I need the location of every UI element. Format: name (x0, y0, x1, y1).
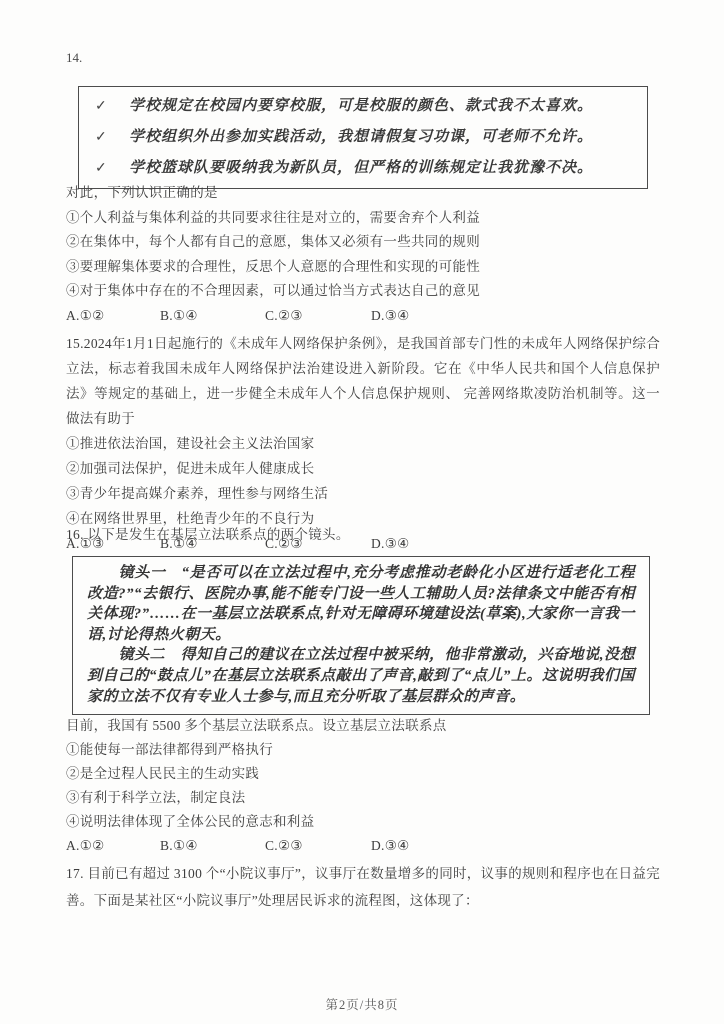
q14-scenario-box: ✓ 学校规定在校园内要穿校服，可是校服的颜色、款式我不太喜欢。 ✓ 学校组织外出… (78, 86, 648, 189)
q14-box-item-2-text: 学校组织外出参加实践活动，我想请假复习功课，可老师不允许。 (129, 122, 593, 152)
q14-option-1: ①个人利益与集体利益的共同要求往往是对立的，需要舍弃个人利益 (66, 206, 660, 231)
q16-option-1: ①能使每一部法律都得到严格执行 (66, 738, 660, 762)
q14-answer-row: A.①② B.①④ C.②③ D.③④ (66, 304, 660, 329)
q14-box-item-3: ✓ 学校篮球队要吸纳我为新队员，但严格的训练规定让我犹豫不决。 (95, 153, 633, 184)
q16-answer-b: B.①④ (160, 834, 265, 858)
q16-answer-c: C.②③ (265, 834, 371, 858)
q17-stem: 17. 目前已有超过 3100 个“小院议事厅”，议事厅在数量增多的同时，议事的… (66, 861, 660, 914)
q14-number: 14. (66, 50, 660, 66)
q16-answer-a: A.①② (66, 834, 160, 858)
q16-body: 目前，我国有 5500 多个基层立法联系点。设立基层立法联系点 ①能使每一部法律… (66, 714, 660, 858)
q16-answer-row: A.①② B.①④ C.②③ D.③④ (66, 834, 660, 858)
exam-page: 14. ✓ 学校规定在校园内要穿校服，可是校服的颜色、款式我不太喜欢。 ✓ 学校… (0, 0, 724, 1024)
q14-box-item-2: ✓ 学校组织外出参加实践活动，我想请假复习功课，可老师不允许。 (95, 122, 633, 153)
checkmark-icon: ✓ (95, 92, 117, 122)
q16-option-4: ④说明法律体现了全体公民的意志和利益 (66, 810, 660, 834)
q14-option-3: ③要理解集体要求的合理性，反思个人意愿的合理性和实现的可能性 (66, 255, 660, 280)
q16-scene-1: 镜头一 “是否可以在立法过程中,充分考虑推动老龄化小区进行适老化工程改造?”“去… (87, 563, 635, 645)
q14-option-4: ④对于集体中存在的不合理因素，可以通过恰当方式表达自己的意见 (66, 279, 660, 304)
q14-answer-b: B.①④ (160, 304, 265, 329)
q14-body: 对此，下列认识正确的是 ①个人利益与集体利益的共同要求往往是对立的，需要舍弃个人… (66, 181, 660, 328)
q14-answer-a: A.①② (66, 304, 160, 329)
q17-body: 17. 目前已有超过 3100 个“小院议事厅”，议事厅在数量增多的同时，议事的… (66, 861, 660, 914)
q14-box-item-3-text: 学校篮球队要吸纳我为新队员，但严格的训练规定让我犹豫不决。 (129, 153, 593, 183)
q16-intro: 16. 以下是发生在基层立法联系点的两个镜头。 (66, 523, 660, 548)
q14-stem: 对此，下列认识正确的是 (66, 181, 660, 206)
q15-option-3: ③青少年提高媒介素养，理性参与网络生活 (66, 481, 660, 506)
q15-option-1: ①推进依法治国，建设社会主义法治国家 (66, 431, 660, 456)
page-footer: 第2页/共8页 (0, 995, 724, 1013)
checkmark-icon: ✓ (95, 154, 117, 184)
q15-option-2: ②加强司法保护，促进未成年人健康成长 (66, 456, 660, 481)
q16-answer-d: D.③④ (371, 834, 410, 858)
q14-option-2: ②在集体中，每个人都有自己的意愿，集体又必须有一些共同的规则 (66, 230, 660, 255)
q16-stem: 目前，我国有 5500 多个基层立法联系点。设立基层立法联系点 (66, 714, 660, 738)
q16-scenes-box: 镜头一 “是否可以在立法过程中,充分考虑推动老龄化小区进行适老化工程改造?”“去… (72, 556, 650, 715)
q14-box-item-1-text: 学校规定在校园内要穿校服，可是校服的颜色、款式我不太喜欢。 (129, 91, 593, 121)
q16-scene-2: 镜头二 得知自己的建议在立法过程中被采纳，他非常激动，兴奋地说,没想到自己的“鼓… (87, 645, 635, 707)
q14-box-item-1: ✓ 学校规定在校园内要穿校服，可是校服的颜色、款式我不太喜欢。 (95, 91, 633, 122)
q14-answer-c: C.②③ (265, 304, 371, 329)
checkmark-icon: ✓ (95, 123, 117, 153)
q16-option-3: ③有利于科学立法，制定良法 (66, 786, 660, 810)
q14-answer-d: D.③④ (371, 304, 410, 329)
q16-option-2: ②是全过程人民民主的生动实践 (66, 762, 660, 786)
q15-stem: 15.2024年1月1日起施行的《未成年人网络保护条例》，是我国首部专门性的未成… (66, 331, 660, 431)
